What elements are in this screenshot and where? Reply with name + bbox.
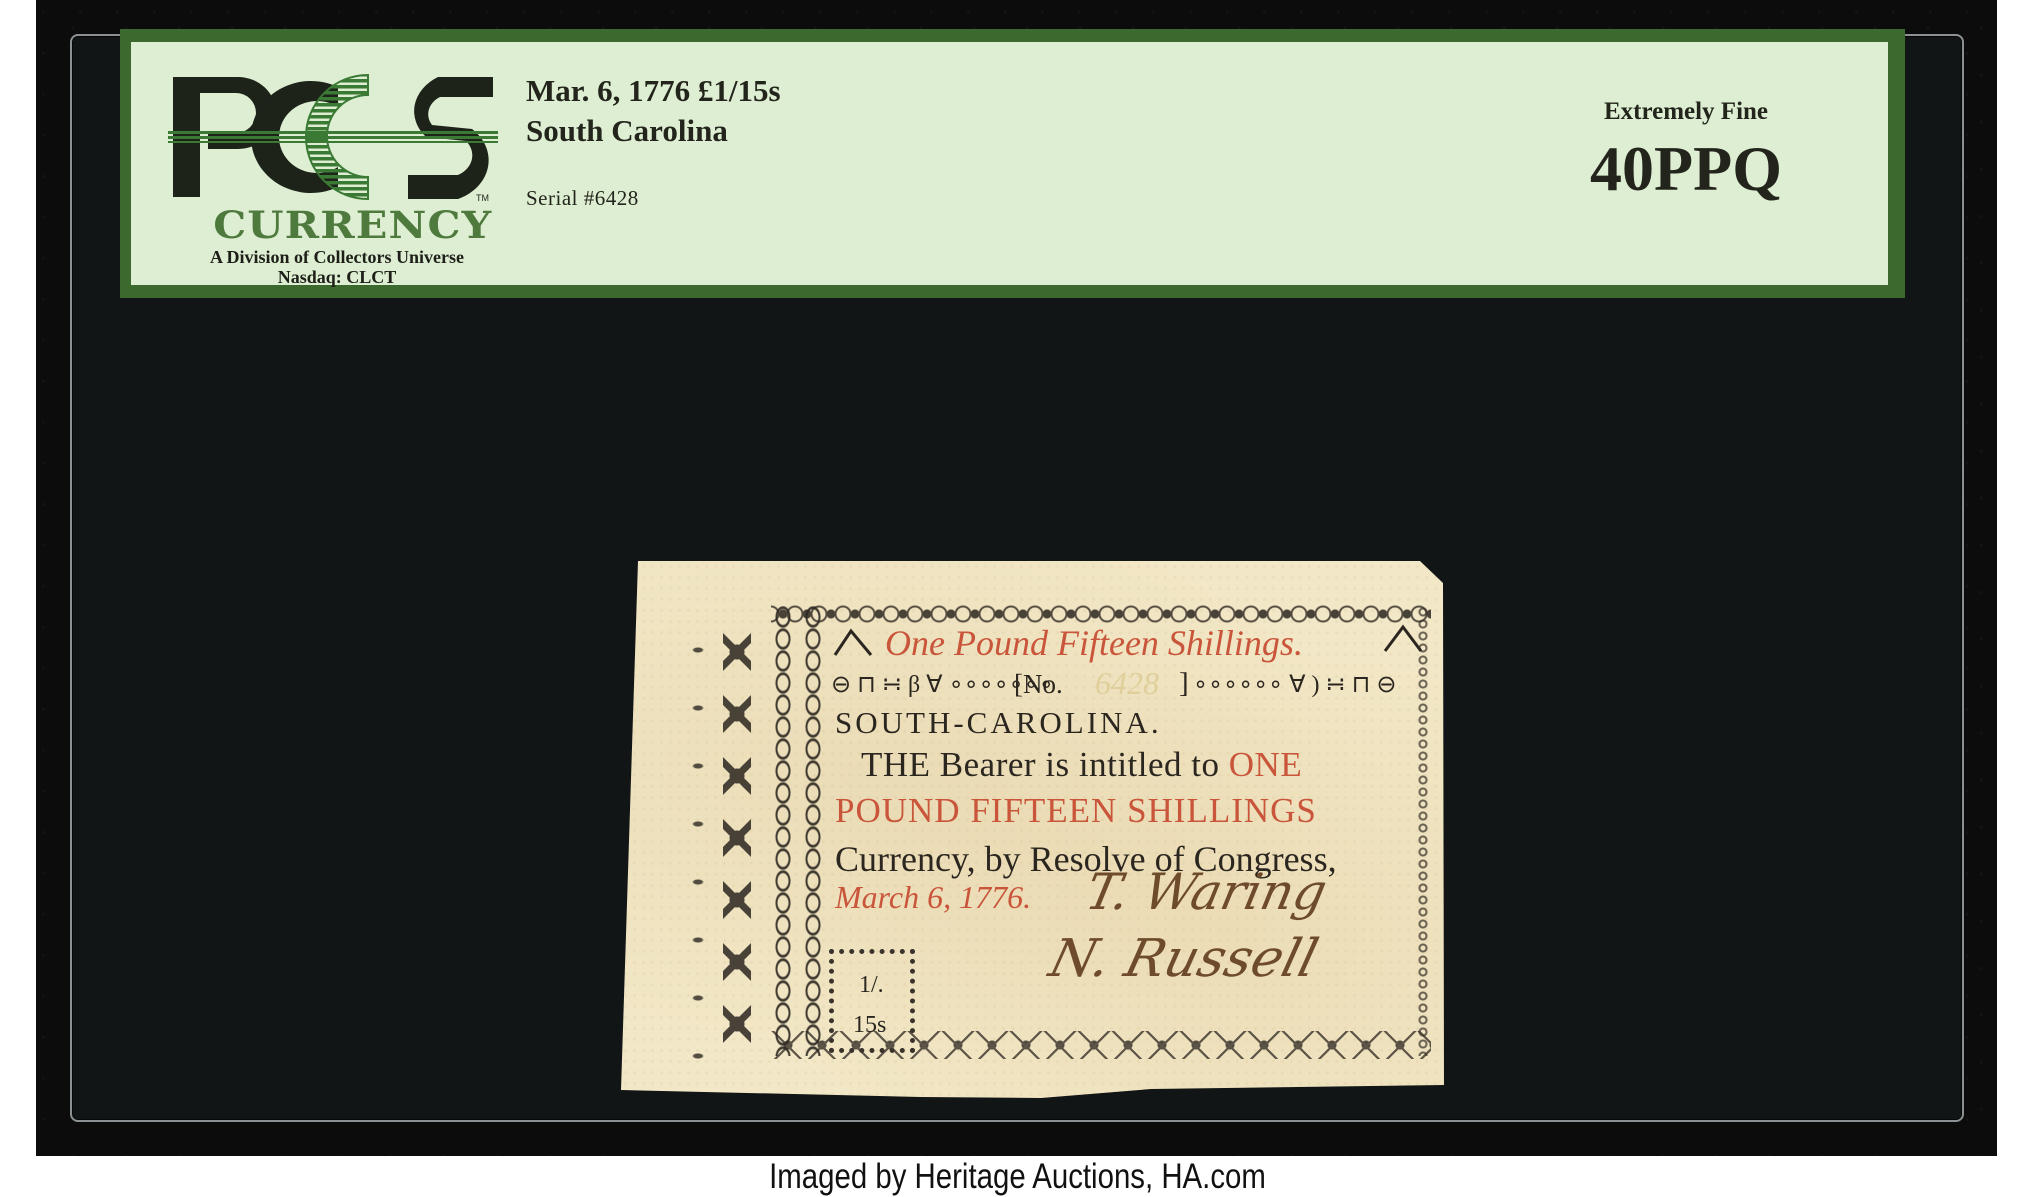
note-title: Mar. 6, 1776 £1/15s — [526, 75, 781, 106]
currency-wordmark: CURRENCY — [168, 207, 538, 244]
label-panel: TM CURRENCY A Division of Collectors Uni… — [131, 42, 1888, 285]
issue-date: March 6, 1776. — [835, 881, 1031, 913]
serial-number: Serial #6428 — [526, 186, 639, 211]
serial-prefix: [No. — [1014, 671, 1063, 698]
chevron-ornament-right-icon — [1383, 623, 1423, 653]
state-name: SOUTH-CAROLINA. — [835, 707, 1162, 738]
value-shillings: 15s — [853, 1013, 886, 1037]
image-credit-caption: Imaged by Heritage Auctions, HA.com — [163, 1157, 1872, 1197]
banknote: One Pound Fifteen Shillings. ⊖ ⊓ ∺ β ∀ ∘… — [621, 561, 1445, 1099]
amount-one: ONE — [1229, 745, 1302, 784]
signature-waring: T. Waring — [1082, 867, 1331, 917]
bearer-line: THE Bearer is intitled to ONE — [861, 747, 1302, 782]
value-pounds: 1/. — [859, 973, 884, 997]
serial-suffix: ] — [1179, 669, 1189, 698]
floral-ornament-column — [723, 621, 751, 1061]
bearer-text: THE Bearer is intitled to — [861, 745, 1220, 784]
division-text: A Division of Collectors Universe Nasdaq… — [162, 247, 512, 287]
amount-words: POUND FIFTEEN SHILLINGS — [835, 793, 1317, 828]
chain-ornament-right — [804, 606, 822, 1056]
note-heading: One Pound Fifteen Shillings. — [885, 625, 1303, 661]
ornament-border-top — [771, 603, 1431, 625]
ornament-border-right — [1417, 606, 1429, 1056]
grade-description: Extremely Fine — [1566, 98, 1806, 126]
grading-label: TM CURRENCY A Division of Collectors Uni… — [120, 29, 1905, 298]
pcgs-logo-icon: TM — [168, 67, 498, 202]
handwritten-serial: 6428 — [1095, 667, 1159, 699]
signature-russell: N. Russell — [1045, 933, 1323, 985]
ticker-text: Nasdaq: CLCT — [162, 267, 512, 287]
grade-value: 40PPQ — [1536, 137, 1836, 201]
note-state: South Carolina — [526, 115, 728, 146]
division-name: A Division of Collectors Universe — [162, 247, 512, 267]
svg-text:TM: TM — [476, 193, 489, 202]
chevron-ornament-left-icon — [833, 627, 873, 657]
cipher-right: ∘∘∘∘∘∘ ∀ ) ∺ ⊓ ⊖ — [1193, 673, 1397, 697]
chain-ornament-left — [774, 606, 792, 1056]
sprig-ornament-column — [687, 621, 709, 1061]
